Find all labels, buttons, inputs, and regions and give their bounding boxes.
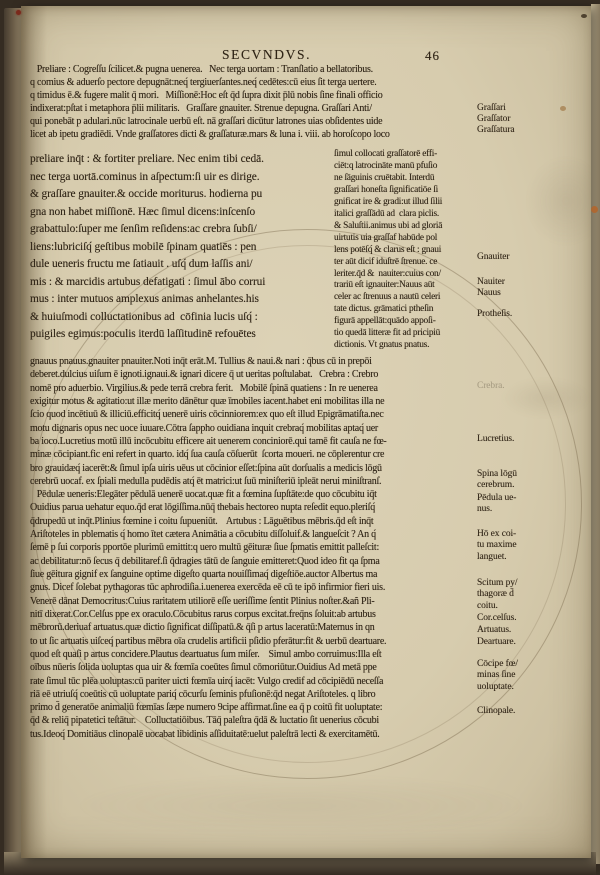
- margin-notes: GraſſariGraſſatorGraſſaturaGnauiterNauit…: [477, 0, 595, 852]
- margin-note: Nauus: [477, 288, 595, 299]
- running-header: SECVNDVS.: [222, 47, 311, 63]
- margin-note: Graſſari: [477, 103, 595, 114]
- margin-note: Artuatus.: [477, 625, 595, 636]
- paper-stain: [81, 776, 521, 836]
- folio-number: 46: [425, 48, 440, 64]
- margin-note: Scitum py/ thagoræ d̄ coitu.: [477, 578, 595, 612]
- margin-note: Cōcipe fœ/ minas ſine uoluptate.: [477, 659, 595, 693]
- text-column-left: preliare inq̄t : & fortiter preliare. Ne…: [30, 151, 332, 344]
- margin-note: Nauiter: [477, 277, 595, 288]
- margin-note: Graſſatura: [477, 125, 595, 136]
- text-column-right: ſimul collocati graſſatorē effi- ciēt:q …: [334, 149, 474, 352]
- margin-note: Hō ex coi- tu maxime languet.: [477, 529, 595, 563]
- paper-speck: [591, 206, 598, 213]
- margin-note: Gnauiter: [477, 252, 595, 263]
- commentary-paragraph-bottom: gnauus pnauus.gnauiter pnauiter.Noti inq…: [30, 355, 476, 741]
- margin-note: Protheſis.: [477, 309, 595, 320]
- margin-note: Spina lōgū cerebrum.: [477, 469, 595, 492]
- margin-note: Deartuare.: [477, 637, 595, 648]
- commentary-paragraph-top: Preliare : Cogreſſu ſcilicet.& pugna uen…: [30, 63, 476, 141]
- margin-note: Cor.celſus.: [477, 613, 595, 624]
- margin-note: Crebra.: [477, 381, 595, 392]
- book-edge-left: [4, 8, 21, 860]
- scanned-book-page: { "colors": { "paper": "#d7ccae", "ink":…: [0, 0, 600, 875]
- paper-speck: [560, 106, 566, 111]
- margin-note: Graſſator: [477, 114, 595, 125]
- margin-note: Pēdula ue- nus.: [477, 493, 595, 516]
- margin-note: Lucretius.: [477, 434, 595, 445]
- paper-speck: [581, 14, 587, 18]
- margin-note: Clinopale.: [477, 706, 595, 717]
- ink-speck: [16, 10, 21, 15]
